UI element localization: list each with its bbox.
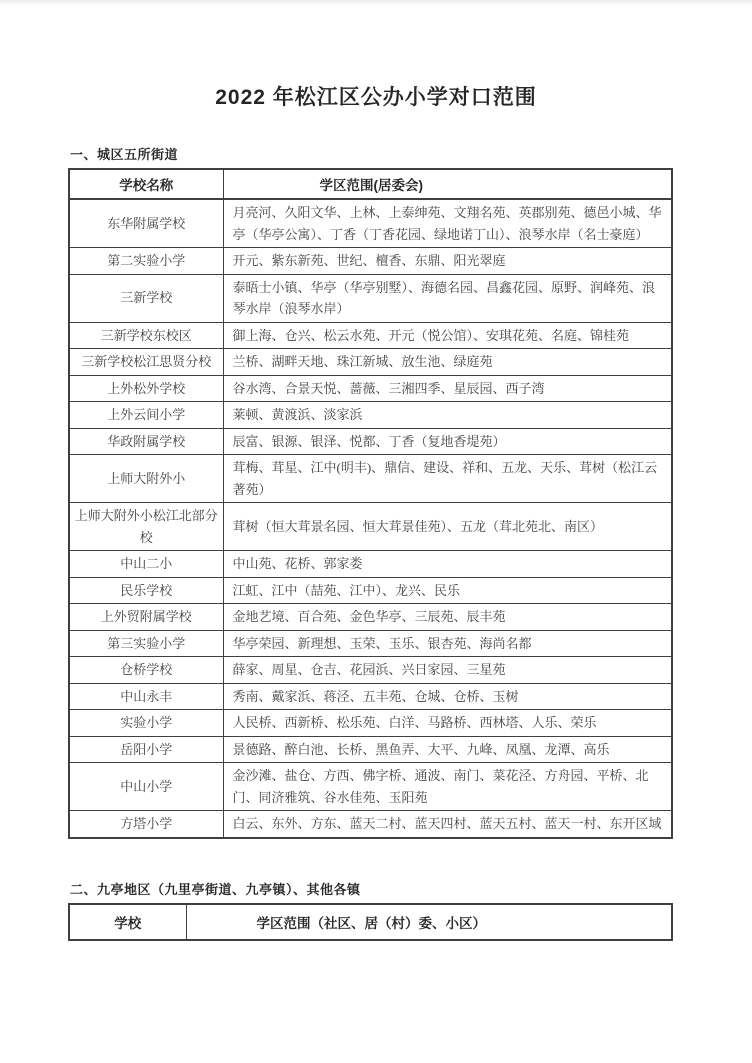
table-row: 仓桥学校薛家、周星、仓吉、花园浜、兴日家园、三星苑: [69, 657, 672, 684]
district-range-cell: 秀南、戴家浜、蒋泾、五丰苑、仓城、仓桥、玉树: [223, 683, 672, 710]
table-row: 中山二小中山苑、花桥、郭家娄: [69, 551, 672, 578]
table-row: 岳阳小学景德路、醉白池、长桥、黑鱼弄、大平、九峰、凤凰、龙潭、高乐: [69, 736, 672, 763]
table1-header-row: 学校名称 学区范围(居委会): [69, 169, 672, 199]
school-name-cell: 中山二小: [69, 551, 223, 578]
district-range-cell: 月亮河、久阳文华、上林、上泰绅苑、文翔名苑、英郡别苑、德邑小城、华亭（华亭公寓）…: [223, 199, 672, 248]
district-range-cell: 金沙滩、盐仓、方西、佛字桥、通波、南门、菜花泾、方舟园、平桥、北门、同济雅筑、谷…: [223, 763, 672, 811]
school-name-cell: 三新学校东校区: [69, 322, 223, 349]
table-row: 三新学校东校区御上海、仓兴、松云水苑、开元（悦公馆）、安琪花苑、名庭、锦桂苑: [69, 322, 672, 349]
table1-district-range-column-header: 学区范围(居委会): [223, 169, 672, 199]
section1-heading: 一、城区五所街道: [70, 144, 684, 163]
district-range-cell: 兰桥、湖畔天地、珠江新城、放生池、绿庭苑: [223, 349, 672, 376]
table-row: 上外贸附属学校金地艺境、百合苑、金色华亭、三辰苑、辰丰苑: [69, 604, 672, 631]
district-range-cell: 莱顿、黄渡浜、淡家浜: [223, 402, 672, 429]
table-row: 上外云间小学莱顿、黄渡浜、淡家浜: [69, 402, 672, 429]
table-row: 中山小学金沙滩、盐仓、方西、佛字桥、通波、南门、菜花泾、方舟园、平桥、北门、同济…: [69, 763, 672, 811]
school-name-cell: 上师大附外小松江北部分校: [69, 503, 223, 551]
school-name-cell: 上外贸附属学校: [69, 604, 223, 631]
table2-district-range-column-header: 学区范围（社区、居（村）委、小区）: [186, 904, 672, 940]
document-title: 2022 年松江区公办小学对口范围: [0, 84, 752, 112]
table-row: 东华附属学校月亮河、久阳文华、上林、上泰绅苑、文翔名苑、英郡别苑、德邑小城、华亭…: [69, 199, 672, 248]
school-name-cell: 中山小学: [69, 763, 223, 811]
table-row: 实验小学人民桥、西新桥、松乐苑、白洋、马路桥、西林塔、人乐、荣乐: [69, 710, 672, 737]
page-top-shadow: [0, 0, 752, 6]
school-name-cell: 仓桥学校: [69, 657, 223, 684]
school-name-cell: 上外松外学校: [69, 375, 223, 402]
city-schools-table: 学校名称 学区范围(居委会) 东华附属学校月亮河、久阳文华、上林、上泰绅苑、文翔…: [68, 168, 673, 839]
school-name-cell: 岳阳小学: [69, 736, 223, 763]
table-row: 上师大附外小松江北部分校茸树（恒大茸景名园、恒大茸景佳苑）、五龙（茸北苑北、南区…: [69, 503, 672, 551]
district-range-cell: 薛家、周星、仓吉、花园浜、兴日家园、三星苑: [223, 657, 672, 684]
document-page: 2022 年松江区公办小学对口范围 一、城区五所街道 学校名称 学区范围(居委会…: [0, 0, 752, 1063]
district-range-cell: 茸梅、茸星、江中(明丰)、鼎信、建设、祥和、五龙、天乐、茸树（松江云著苑）: [223, 455, 672, 503]
district-range-cell: 景德路、醉白池、长桥、黑鱼弄、大平、九峰、凤凰、龙潭、高乐: [223, 736, 672, 763]
school-name-cell: 上外云间小学: [69, 402, 223, 429]
school-name-cell: 东华附属学校: [69, 199, 223, 248]
school-name-cell: 上师大附外小: [69, 455, 223, 503]
table-row: 中山永丰秀南、戴家浜、蒋泾、五丰苑、仓城、仓桥、玉树: [69, 683, 672, 710]
school-name-cell: 民乐学校: [69, 577, 223, 604]
district-range-cell: 中山苑、花桥、郭家娄: [223, 551, 672, 578]
district-range-cell: 华亭荣园、新理想、玉荣、玉乐、银杏苑、海尚名都: [223, 630, 672, 657]
district-range-cell: 谷水湾、合景天悦、蔷薇、三湘四季、星辰园、西子湾: [223, 375, 672, 402]
district-range-cell: 人民桥、西新桥、松乐苑、白洋、马路桥、西林塔、人乐、荣乐: [223, 710, 672, 737]
school-name-cell: 第二实验小学: [69, 248, 223, 275]
section-jiuting-area: 二、九亭地区（九里亭街道、九亭镇）、其他各镇 学校 学区范围（社区、居（村）委、…: [68, 879, 684, 941]
table1-school-name-column-header: 学校名称: [69, 169, 223, 199]
table-row: 三新学校泰晤士小镇、华亭（华亭别墅）、海德名园、昌鑫花园、原野、润峰苑、浪琴水岸…: [69, 274, 672, 322]
district-range-cell: 御上海、仓兴、松云水苑、开元（悦公馆）、安琪花苑、名庭、锦桂苑: [223, 322, 672, 349]
school-name-cell: 第三实验小学: [69, 630, 223, 657]
school-name-cell: 实验小学: [69, 710, 223, 737]
table-row: 第三实验小学华亭荣园、新理想、玉荣、玉乐、银杏苑、海尚名都: [69, 630, 672, 657]
school-name-cell: 中山永丰: [69, 683, 223, 710]
district-range-cell: 辰富、银源、银泽、悦都、丁香（复地香堤苑）: [223, 428, 672, 455]
jiuting-schools-table: 学校 学区范围（社区、居（村）委、小区）: [68, 903, 673, 941]
section2-heading: 二、九亭地区（九里亭街道、九亭镇）、其他各镇: [70, 879, 684, 898]
district-range-cell: 茸树（恒大茸景名园、恒大茸景佳苑）、五龙（茸北苑北、南区）: [223, 503, 672, 551]
table2-school-column-header: 学校: [69, 904, 186, 940]
district-range-cell: 江虹、江中（喆苑、江中）、龙兴、民乐: [223, 577, 672, 604]
school-name-cell: 方塔小学: [69, 811, 223, 838]
table-row: 方塔小学白云、东外、方东、蓝天二村、蓝天四村、蓝天五村、蓝天一村、东开区域: [69, 811, 672, 838]
section-city-streets: 一、城区五所街道 学校名称 学区范围(居委会) 东华附属学校月亮河、久阳文华、上…: [68, 144, 684, 839]
district-range-cell: 白云、东外、方东、蓝天二村、蓝天四村、蓝天五村、蓝天一村、东开区域: [223, 811, 672, 838]
school-name-cell: 三新学校: [69, 274, 223, 322]
table-row: 上外松外学校谷水湾、合景天悦、蔷薇、三湘四季、星辰园、西子湾: [69, 375, 672, 402]
table-row: 民乐学校江虹、江中（喆苑、江中）、龙兴、民乐: [69, 577, 672, 604]
table2-header-row: 学校 学区范围（社区、居（村）委、小区）: [69, 904, 672, 940]
document-content: 一、城区五所街道 学校名称 学区范围(居委会) 东华附属学校月亮河、久阳文华、上…: [0, 144, 752, 941]
table-row: 华政附属学校辰富、银源、银泽、悦都、丁香（复地香堤苑）: [69, 428, 672, 455]
district-range-cell: 开元、紫东新苑、世纪、檀香、东鼎、阳光翠庭: [223, 248, 672, 275]
district-range-cell: 泰晤士小镇、华亭（华亭别墅）、海德名园、昌鑫花园、原野、润峰苑、浪琴水岸（浪琴水…: [223, 274, 672, 322]
table-row: 三新学校松江思贤分校兰桥、湖畔天地、珠江新城、放生池、绿庭苑: [69, 349, 672, 376]
school-name-cell: 三新学校松江思贤分校: [69, 349, 223, 376]
school-name-cell: 华政附属学校: [69, 428, 223, 455]
district-range-cell: 金地艺境、百合苑、金色华亭、三辰苑、辰丰苑: [223, 604, 672, 631]
table-row: 第二实验小学开元、紫东新苑、世纪、檀香、东鼎、阳光翠庭: [69, 248, 672, 275]
table-row: 上师大附外小茸梅、茸星、江中(明丰)、鼎信、建设、祥和、五龙、天乐、茸树（松江云…: [69, 455, 672, 503]
